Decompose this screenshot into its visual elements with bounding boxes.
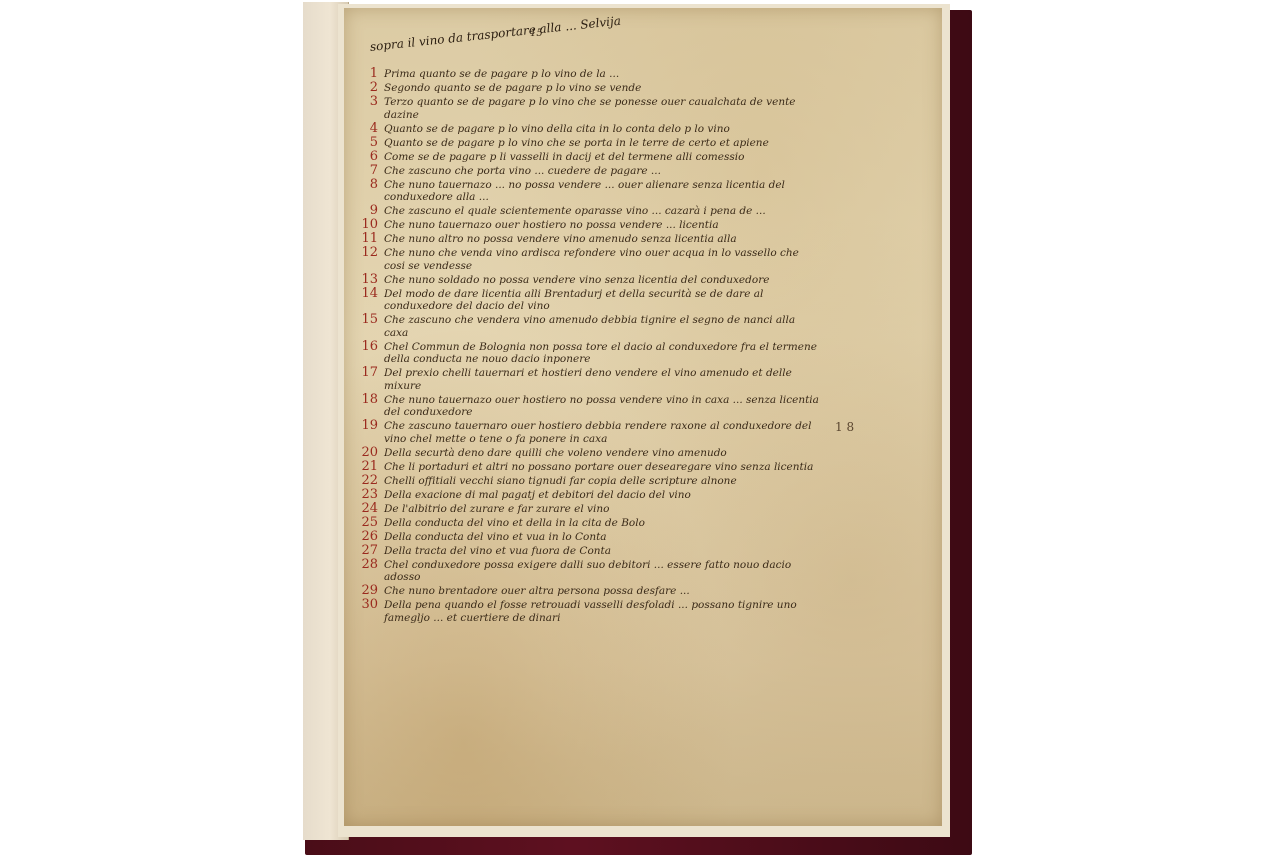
list-item: 28Chel conduxedore possa exigere dalli s… — [350, 559, 820, 584]
entry-text: Terzo quanto se de pagare p lo vino che … — [384, 96, 820, 121]
list-item: 18Che nuno tauernazo ouer hostiero no po… — [350, 394, 820, 419]
rubric-number: 16 — [350, 341, 384, 354]
rubric-number: 21 — [350, 461, 384, 474]
entry-text: Del modo de dare licentia alli Brentadur… — [384, 288, 820, 313]
list-item: 16Chel Commun de Bolognia non possa tore… — [350, 341, 820, 366]
list-item: 13Che nuno soldado no possa vendere vino… — [350, 274, 820, 287]
entry-text: Segondo quanto se de pagare p lo vino se… — [384, 82, 820, 95]
entry-list: 1Prima quanto se de pagare p lo vino de … — [350, 68, 820, 624]
entry-text: Del prexio chelli tauernari et hostieri … — [384, 367, 820, 392]
list-item: 29Che nuno brentadore ouer altra persona… — [350, 585, 820, 598]
list-item: 19Che zascuno tauernaro ouer hostiero de… — [350, 420, 820, 445]
rubric-number: 26 — [350, 531, 384, 544]
list-item: 7Che zascuno che porta vino ... cuedere … — [350, 165, 820, 178]
rubric-number: 2 — [350, 82, 384, 95]
entry-text: Che nuno soldado no possa vendere vino s… — [384, 274, 820, 287]
entry-text: Della exacione di mal pagatj et debitori… — [384, 489, 820, 502]
entry-text: Quanto se de pagare p lo vino della cita… — [384, 123, 820, 136]
rubric-number: 24 — [350, 503, 384, 516]
entry-text: Della conducta del vino et della in la c… — [384, 517, 820, 530]
list-item: 24De l'albitrio del zurare e far zurare … — [350, 503, 820, 516]
entry-text: Che nuno tauernazo ouer hostiero no poss… — [384, 394, 820, 419]
list-item: 10Che nuno tauernazo ouer hostiero no po… — [350, 219, 820, 232]
list-item: 9Che zascuno el quale scientemente opara… — [350, 205, 820, 218]
entry-text: Che zascuno tauernaro ouer hostiero debb… — [384, 420, 820, 445]
list-item: 30Della pena quando el fosse retrouadi v… — [350, 599, 820, 624]
entry-text: Della securtà deno dare quilli che volen… — [384, 447, 820, 460]
entry-text: Della tracta del vino et vua fuora de Co… — [384, 545, 820, 558]
list-item: 4Quanto se de pagare p lo vino della cit… — [350, 123, 820, 136]
rubric-number: 4 — [350, 123, 384, 136]
list-item: 25Della conducta del vino et della in la… — [350, 517, 820, 530]
entry-text: De l'albitrio del zurare e far zurare el… — [384, 503, 820, 516]
entry-text: Come se de pagare p li vasselli in dacij… — [384, 151, 820, 164]
rubric-number: 1 — [350, 68, 384, 81]
entry-text: Che zascuno el quale scientemente oparas… — [384, 205, 820, 218]
rubric-number: 7 — [350, 165, 384, 178]
list-item: 15Che zascuno che vendera vino amenudo d… — [350, 314, 820, 339]
rubric-number: 27 — [350, 545, 384, 558]
rubric-number: 10 — [350, 219, 384, 232]
entry-text: Quanto se de pagare p lo vino che se por… — [384, 137, 820, 150]
entry-text: Che nuno tauernazo ... no possa vendere … — [384, 179, 820, 204]
entry-text: Della conducta del vino et vua in lo Con… — [384, 531, 820, 544]
entry-text: Che nuno che venda vino ardisca refonder… — [384, 247, 820, 272]
margin-note: 1 8 — [835, 420, 854, 434]
entry-text: Chel Commun de Bolognia non possa tore e… — [384, 341, 820, 366]
list-item: 21Che li portaduri et altri no possano p… — [350, 461, 820, 474]
rubric-number: 20 — [350, 447, 384, 460]
rubric-number: 14 — [350, 288, 384, 301]
entry-text: Chel conduxedore possa exigere dalli suo… — [384, 559, 820, 584]
list-item: 26Della conducta del vino et vua in lo C… — [350, 531, 820, 544]
list-item: 27Della tracta del vino et vua fuora de … — [350, 545, 820, 558]
rubric-number: 19 — [350, 420, 384, 433]
list-item: 11Che nuno altro no possa vendere vino a… — [350, 233, 820, 246]
list-item: 8Che nuno tauernazo ... no possa vendere… — [350, 179, 820, 204]
rubric-number: 22 — [350, 475, 384, 488]
entry-text: Della pena quando el fosse retrouadi vas… — [384, 599, 820, 624]
entry-text: Prima quanto se de pagare p lo vino de l… — [384, 68, 820, 81]
entry-text: Che zascuno che vendera vino amenudo deb… — [384, 314, 820, 339]
entry-text: Che nuno tauernazo ouer hostiero no poss… — [384, 219, 820, 232]
manuscript-text: 15 sopra il vino da trasportare alla ...… — [350, 40, 820, 626]
rubric-number: 6 — [350, 151, 384, 164]
rubric-number: 30 — [350, 599, 384, 612]
rubric-number: 28 — [350, 559, 384, 572]
list-item: 20Della securtà deno dare quilli che vol… — [350, 447, 820, 460]
rubric-number: 18 — [350, 394, 384, 407]
rubric-number: 8 — [350, 179, 384, 192]
rubric-number: 13 — [350, 274, 384, 287]
list-item: 12Che nuno che venda vino ardisca refond… — [350, 247, 820, 272]
entry-text: Chelli offitiali vecchi siano tignudi fa… — [384, 475, 820, 488]
list-item: 22Chelli offitiali vecchi siano tignudi … — [350, 475, 820, 488]
entry-text: Che li portaduri et altri no possano por… — [384, 461, 820, 474]
entry-text: Che zascuno che porta vino ... cuedere d… — [384, 165, 820, 178]
rubric-number: 25 — [350, 517, 384, 530]
rubric-number: 5 — [350, 137, 384, 150]
list-item: 3Terzo quanto se de pagare p lo vino che… — [350, 96, 820, 121]
list-item: 2Segondo quanto se de pagare p lo vino s… — [350, 82, 820, 95]
entry-text: Che nuno altro no possa vendere vino ame… — [384, 233, 820, 246]
rubric-number: 9 — [350, 205, 384, 218]
list-item: 1Prima quanto se de pagare p lo vino de … — [350, 68, 820, 81]
rubric-number: 15 — [350, 314, 384, 327]
rubric-number: 23 — [350, 489, 384, 502]
entry-text: Che nuno brentadore ouer altra persona p… — [384, 585, 820, 598]
rubric-number: 3 — [350, 96, 384, 109]
list-item: 6Come se de pagare p li vasselli in daci… — [350, 151, 820, 164]
rubric-number: 17 — [350, 367, 384, 380]
list-item: 17Del prexio chelli tauernari et hostier… — [350, 367, 820, 392]
list-item: 5Quanto se de pagare p lo vino che se po… — [350, 137, 820, 150]
rubric-number: 12 — [350, 247, 384, 260]
list-item: 23Della exacione di mal pagatj et debito… — [350, 489, 820, 502]
rubric-number: 11 — [350, 233, 384, 246]
rubric-number: 29 — [350, 585, 384, 598]
list-item: 14Del modo de dare licentia alli Brentad… — [350, 288, 820, 313]
